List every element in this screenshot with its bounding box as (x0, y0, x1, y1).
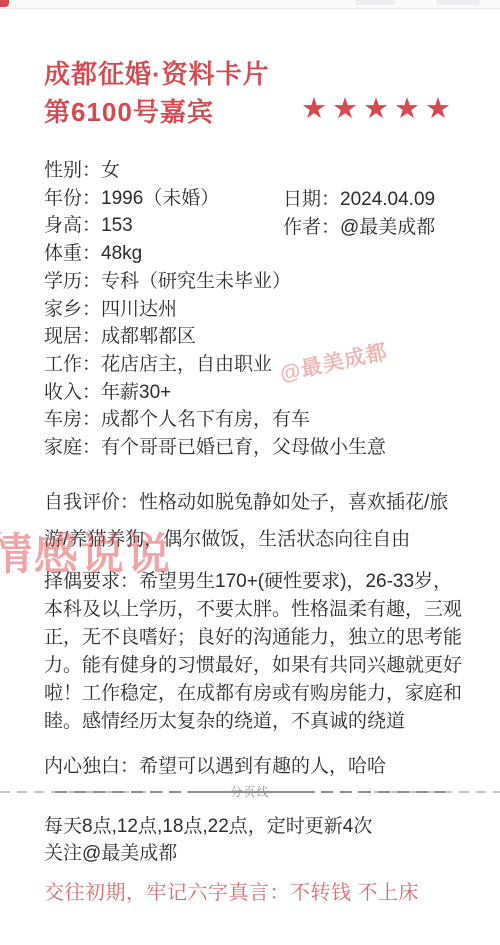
divider-label: 分页线 (230, 783, 269, 800)
card-title-line1: 成都征婚·资料卡片 (44, 55, 456, 93)
profile-row: 学历：专科（研究生未毕业） (44, 268, 456, 296)
top-edge-artifact (355, 0, 395, 5)
post-author: 作者：@最美成都 (283, 214, 435, 242)
profile-row: 性别：女 (44, 157, 456, 185)
matchmaking-card: { "header": { "title_line1": "成都征婚·资料卡片"… (0, 0, 500, 945)
inner-monologue-text: 内心独白：希望可以遇到有趣的人，哈哈 (44, 753, 456, 781)
profile-row: 收入：年薪30+ (44, 379, 456, 407)
profile-row: 工作：花店店主，自由职业 (44, 351, 456, 379)
top-edge-artifact (436, 0, 480, 5)
safety-warning-text: 交往初期，牢记六字真言：不转钱 不上床 (44, 880, 456, 906)
update-schedule-text: 每天8点,12点,18点,22点，定时更新4次 (44, 813, 456, 840)
card-header: 成都征婚·资料卡片 第6100号嘉宾 ★★★★★ (44, 55, 456, 131)
red-corner-mark (0, 0, 9, 7)
profile-row: 家乡：四川达州 (44, 296, 456, 324)
post-meta: 日期：2024.04.09 作者：@最美成都 (283, 186, 435, 242)
five-star-rating-icon: ★★★★★ (301, 94, 456, 124)
profile-row: 现居：成都郫都区 (44, 323, 456, 351)
profile-row: 车房：成都个人名下有房，有车 (44, 406, 456, 434)
post-date: 日期：2024.04.09 (283, 186, 435, 214)
profile-row: 体重：48kg (44, 240, 456, 268)
follow-account-text: 关注@最美成都 (44, 840, 456, 867)
self-evaluation-text: 自我评价：性格动如脱兔静如处子，喜欢插花/旅游/养猫养狗，偶尔做饭，生活状态向往… (44, 484, 460, 558)
partner-requirements-text: 择偶要求：希望男生170+(硬性要求)，26-33岁，本科及以上学历，不要太胖。… (44, 568, 464, 736)
top-strip (0, 0, 500, 9)
profile-row: 家庭：有个哥哥已婚已育，父母做小生意 (44, 434, 456, 462)
dashed-divider: 分页线 (0, 791, 500, 793)
